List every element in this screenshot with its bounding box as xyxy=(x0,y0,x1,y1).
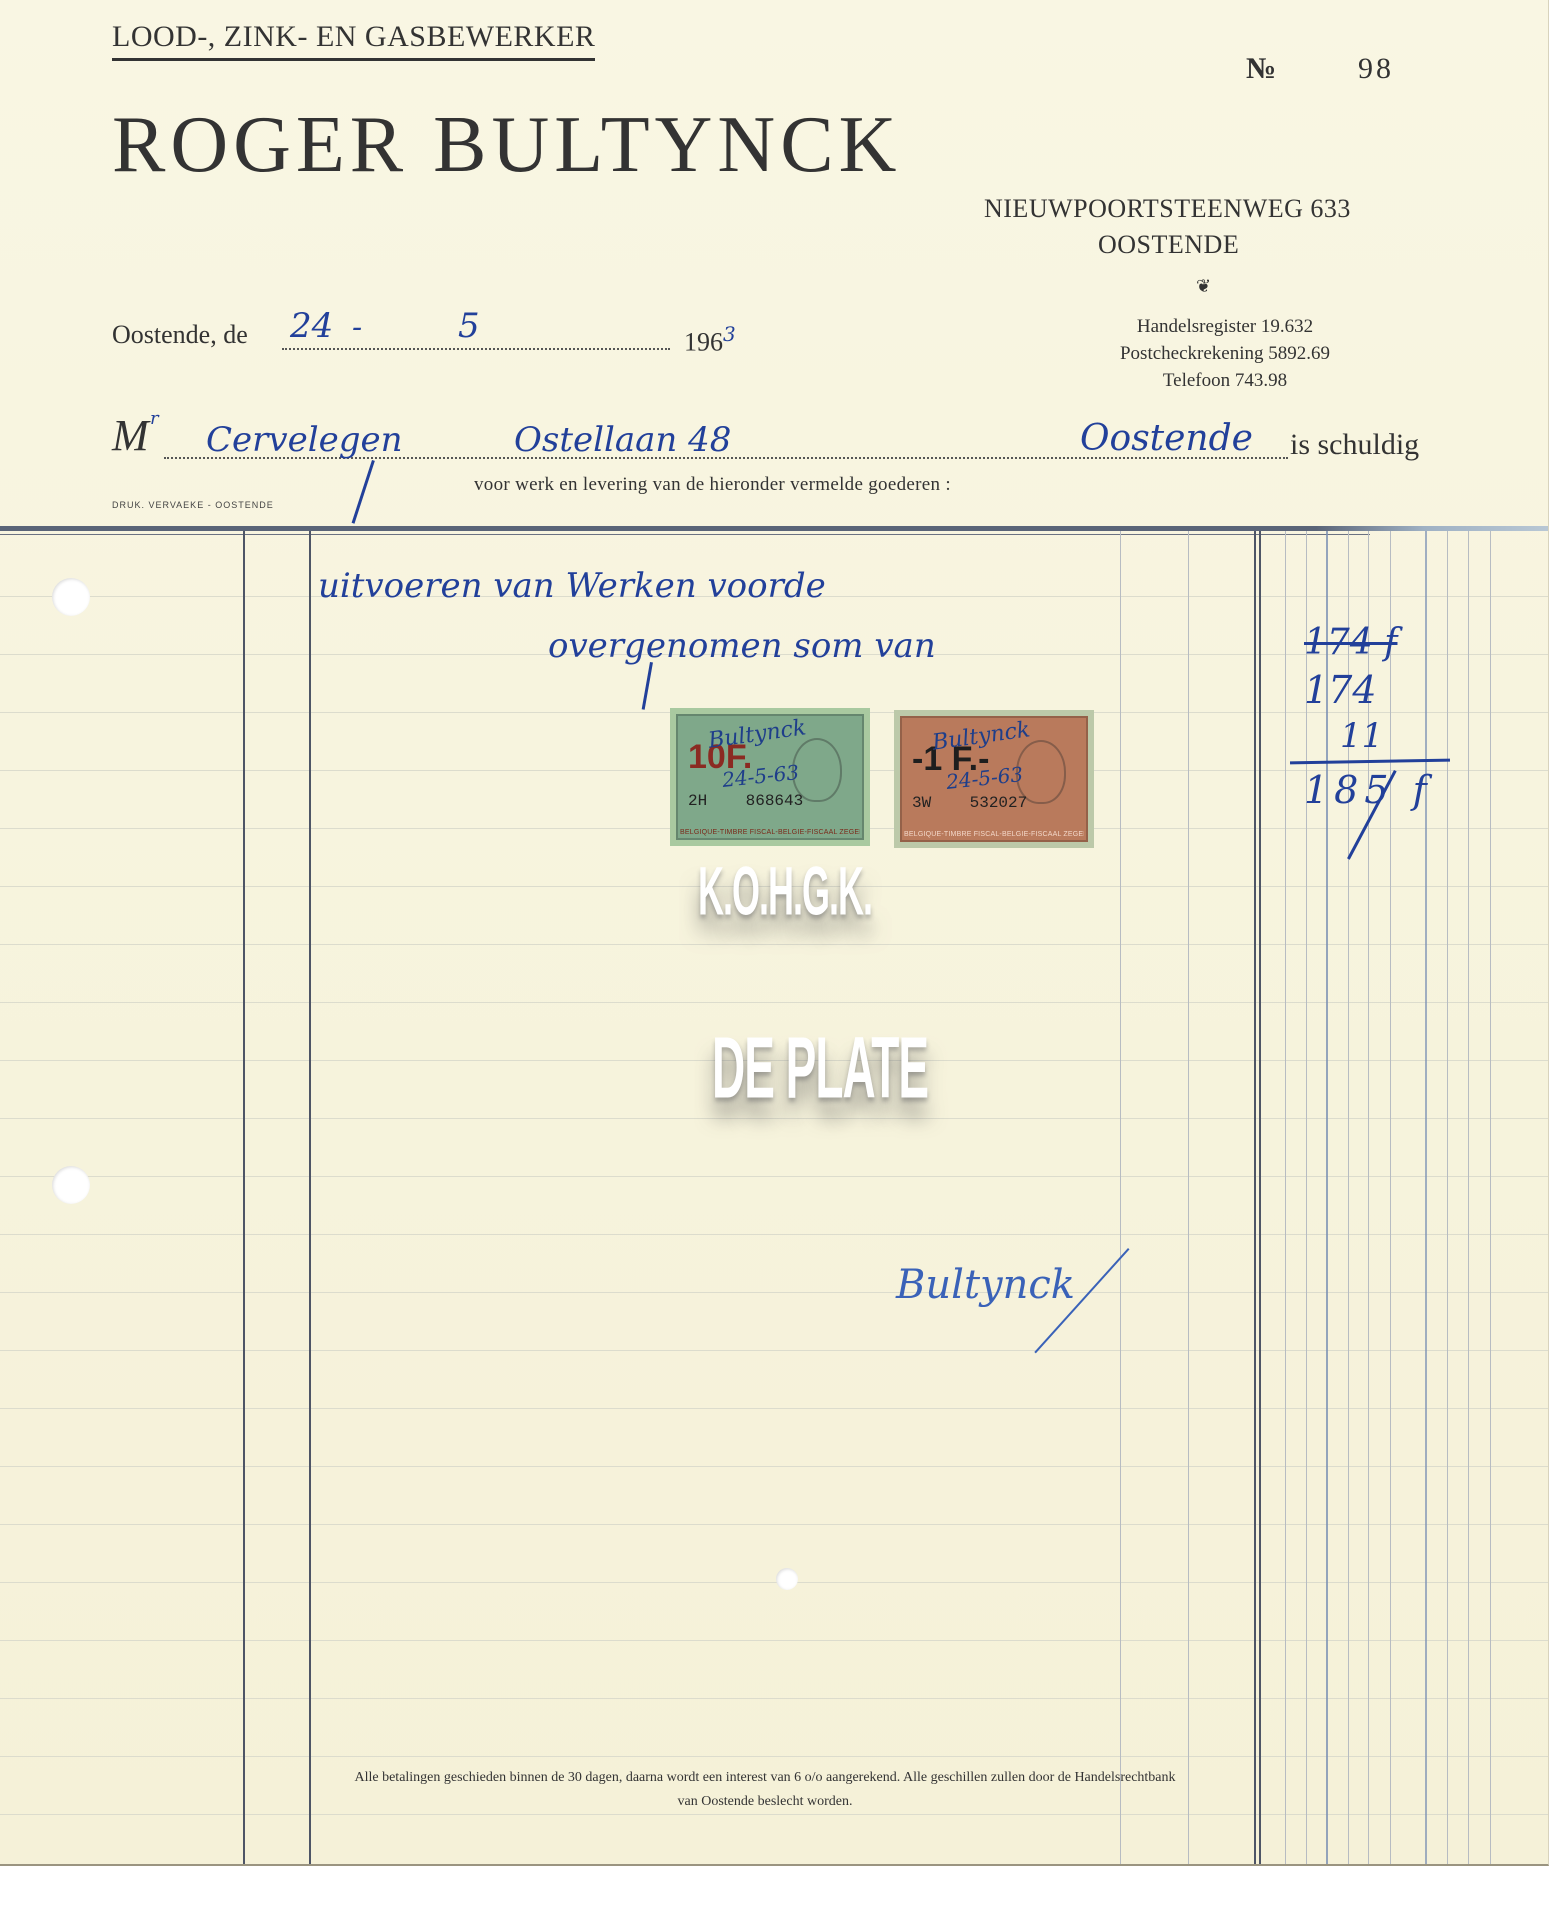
address-street: NIEUWPOORTSTEENWEG 633 xyxy=(984,194,1351,224)
amount-struck: 174 f xyxy=(1304,622,1397,663)
amount-base: 174 xyxy=(1304,668,1377,712)
pen-stroke xyxy=(642,662,653,710)
address-city: OOSTENDE xyxy=(1098,230,1239,260)
margin-line-2 xyxy=(309,531,311,1864)
column-line-blue xyxy=(1326,531,1328,1864)
trade-tagline: LOOD-, ZINK- EN GASBEWERKER xyxy=(112,20,595,61)
stamp-legend: BELGIQUE-TIMBRE FISCAL-BELGIE-FISCAAL ZE… xyxy=(680,829,860,836)
customer-street: Ostellaan 48 xyxy=(514,420,731,460)
ledger-row-line xyxy=(0,1408,1548,1409)
column-line xyxy=(1306,531,1307,1864)
ornament-icon: ❦ xyxy=(1196,276,1211,297)
punch-hole xyxy=(52,1166,90,1204)
fiscal-stamp-1f: -1 F.- 3W 532027 Bultynck 24-5-63 BELGIQ… xyxy=(894,710,1094,848)
fiscal-stamp-10f: 10F. 2H 868643 Bultynck 24-5-63 BELGIQUE… xyxy=(670,708,870,846)
payment-terms-line-2: van Oostende beslecht worden. xyxy=(230,1794,1300,1810)
year-prefix: 196 xyxy=(684,328,723,357)
ledger-row-line xyxy=(0,1582,1548,1583)
stamp-cancel-signature: Bultynck xyxy=(707,715,808,753)
watermark-line-1: K.O.H.G.K. xyxy=(698,852,872,932)
trade-register: Handelsregister 19.632 xyxy=(1040,316,1410,338)
stamp-serial-prefix: 3W xyxy=(912,794,931,812)
amount-column-line-a xyxy=(1254,531,1256,1864)
ledger-row-line xyxy=(0,1640,1548,1641)
date-day: 24 xyxy=(290,306,333,346)
date-month: 5 xyxy=(458,306,480,346)
header-rule-thin xyxy=(0,534,1370,535)
ledger-row-line xyxy=(0,1756,1548,1757)
description-line-1: uitvoeren van Werken voorde xyxy=(318,566,826,606)
ledger-row-line xyxy=(0,1234,1548,1235)
stamp-serial-number: 532027 xyxy=(970,794,1028,812)
customer-name: Cervelegen xyxy=(206,420,403,460)
goods-subtitle: voor werk en levering van de hieronder v… xyxy=(474,474,951,496)
ledger-row-line xyxy=(0,944,1548,945)
stamp-serial: 3W 532027 xyxy=(912,794,1027,812)
stamp-serial-prefix: 2H xyxy=(688,792,707,810)
customer-city: Oostende xyxy=(1080,418,1253,459)
signature: Bultynck xyxy=(896,1262,1075,1308)
invoice-number: 98 xyxy=(1358,52,1394,86)
margin-line-1 xyxy=(243,531,245,1864)
column-line xyxy=(1285,531,1286,1864)
date-separator: - xyxy=(352,310,362,345)
column-line-blue xyxy=(1425,531,1427,1864)
column-line xyxy=(1188,531,1189,1864)
amount-column-line-b xyxy=(1259,531,1261,1864)
description-line-2: overgenomen som van xyxy=(548,626,936,666)
pen-stroke xyxy=(352,460,375,524)
ledger-row-line xyxy=(0,1292,1548,1293)
header-rule xyxy=(0,526,1548,531)
punch-hole xyxy=(52,578,90,616)
phone-number: Telefoon 743.98 xyxy=(1040,370,1410,392)
ledger-row-line xyxy=(0,1002,1548,1003)
postcheck-account: Postcheckrekening 5892.69 xyxy=(1040,343,1410,365)
date-year: 1963 xyxy=(684,322,736,358)
payment-terms-line-1: Alle betalingen geschieden binnen de 30 … xyxy=(230,1770,1300,1786)
ledger-row-line xyxy=(0,1176,1548,1177)
column-line xyxy=(1490,531,1491,1864)
ledger-row-line xyxy=(0,1466,1548,1467)
amount-total: 185 f xyxy=(1304,768,1433,812)
year-suffix: 3 xyxy=(723,322,736,346)
date-label: Oostende, de xyxy=(112,320,248,350)
ledger-row-line xyxy=(0,1350,1548,1351)
ledger-row-line xyxy=(0,1698,1548,1699)
stamp-serial: 2H 868643 xyxy=(688,792,803,810)
invoice-number-label: № xyxy=(1246,52,1276,86)
company-name: ROGER BULTYNCK xyxy=(112,100,901,191)
owes-label: is schuldig xyxy=(1290,428,1419,462)
column-line xyxy=(1120,531,1121,1864)
column-line xyxy=(1390,531,1391,1864)
column-line xyxy=(1447,531,1448,1864)
salutation-mark: r xyxy=(150,408,159,429)
paper-tear xyxy=(776,1568,798,1590)
date-dotted-line xyxy=(282,348,670,350)
ledger-row-line xyxy=(0,1524,1548,1525)
watermark-line-2: DE PLATE xyxy=(712,1016,928,1119)
stamp-serial-number: 868643 xyxy=(746,792,804,810)
ledger-row-line xyxy=(0,1814,1548,1815)
column-line xyxy=(1468,531,1469,1864)
customer-label: M xyxy=(112,410,149,461)
amount-stamp-tax: 11 xyxy=(1340,716,1383,756)
printer-credit: DRUK. VERVAEKE - OOSTENDE xyxy=(112,500,274,510)
invoice-paper: LOOD-, ZINK- EN GASBEWERKER ROGER BULTYN… xyxy=(0,0,1549,1866)
stamp-legend: BELGIQUE-TIMBRE FISCAL-BELGIE-FISCAAL ZE… xyxy=(904,831,1084,838)
